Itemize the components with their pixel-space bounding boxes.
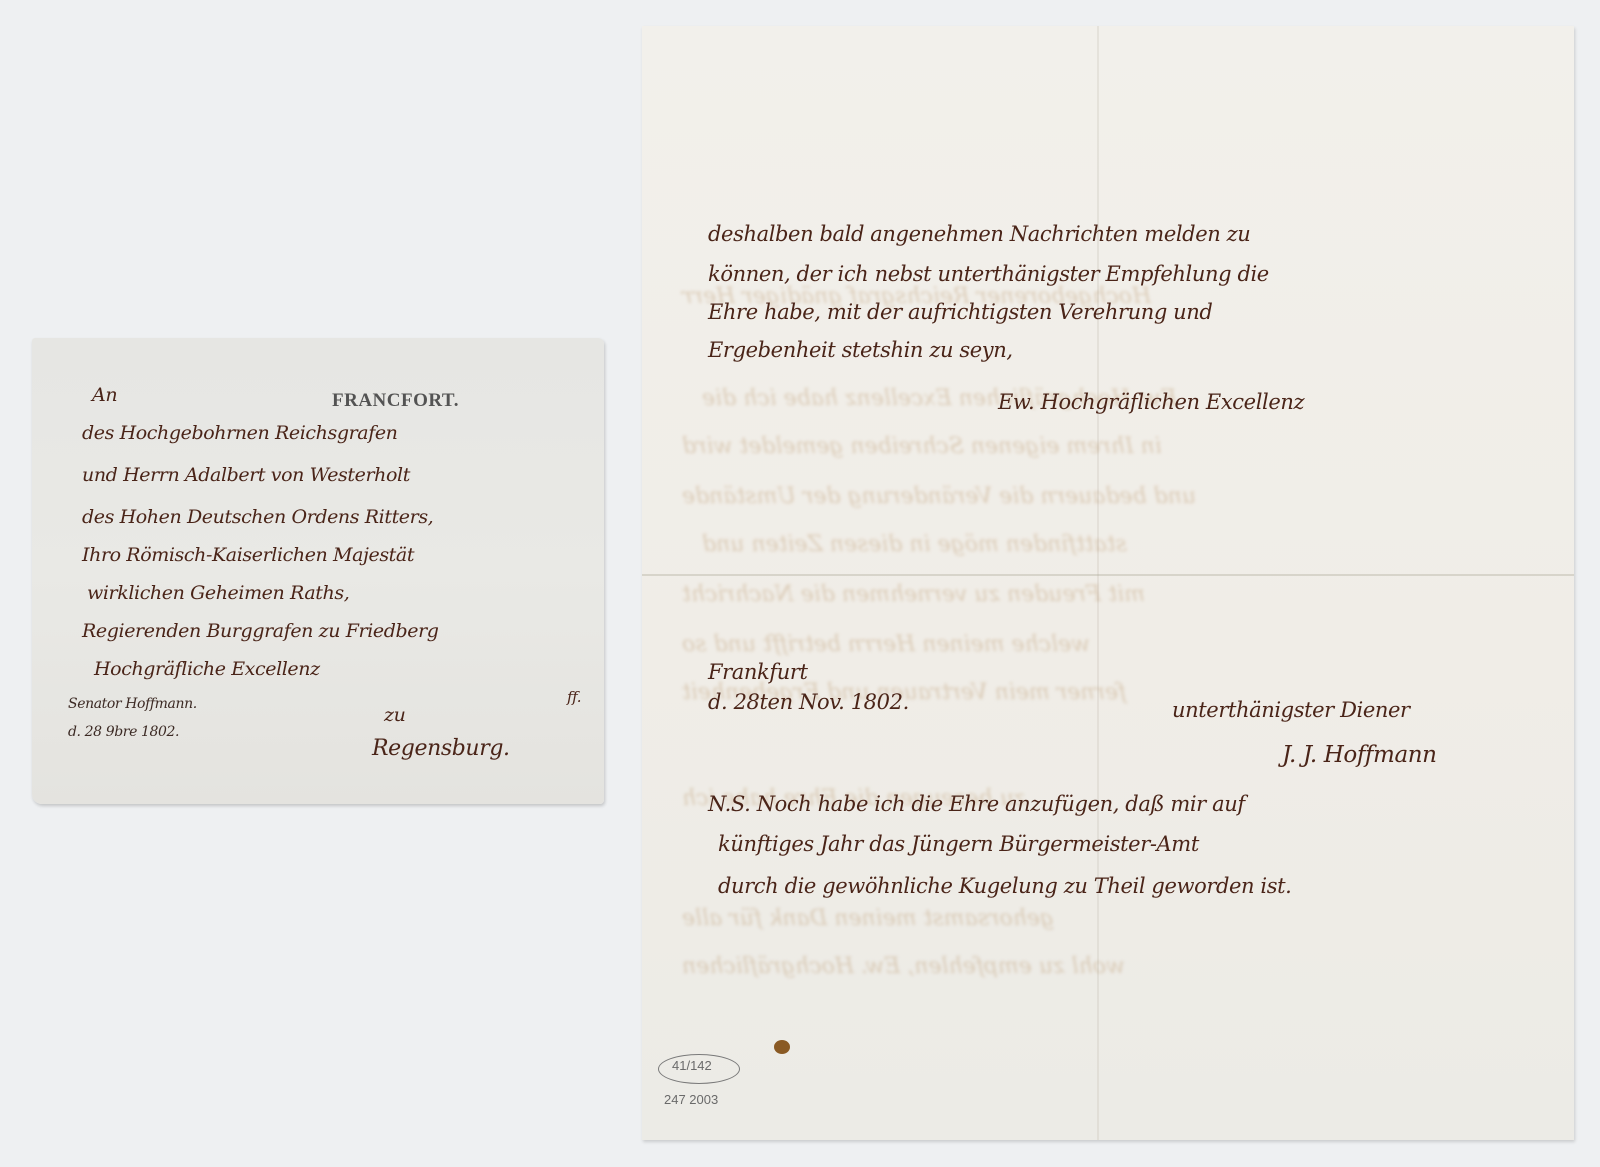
postscript-line: künftiges Jahr das Jüngern Bürgermeister…: [718, 832, 1199, 856]
address-line: des Hohen Deutschen Ordens Ritters,: [82, 506, 433, 528]
date-note: d. 28 9bre 1802.: [68, 724, 179, 740]
bleed-through-text: wohl zu empfehlen, Ew. Hochgräflichen: [682, 954, 1125, 979]
letter-line: Ehre habe, mit der aufrichtigsten Verehr…: [708, 300, 1212, 324]
envelope: FRANCFORT. An des Hochgebohrnen Reichsgr…: [32, 338, 604, 804]
fold-line-horizontal: [642, 574, 1574, 576]
postmark-stamp: FRANCFORT.: [332, 390, 459, 412]
letter-signature: J. J. Hoffmann: [1282, 742, 1437, 768]
bleed-through-text: und bedauern die Veränderung der Umständ…: [682, 484, 1196, 509]
bleed-through-text: stattfinden möge in diesen Zeiten und: [702, 532, 1127, 557]
bleed-through-text: mit Freuden zu vernehmen die Nachricht: [682, 582, 1145, 607]
address-line: und Herrn Adalbert von Westerholt: [82, 464, 410, 486]
letter-place: Frankfurt: [708, 660, 808, 684]
bleed-through-text: gehorsamst meinen Dank für alle: [682, 906, 1054, 931]
letter-valediction: unterthänigster Diener: [1172, 698, 1410, 722]
address-line: des Hochgebohrnen Reichsgrafen: [82, 422, 398, 444]
postscript-line: N.S. Noch habe ich die Ehre anzufügen, d…: [708, 792, 1245, 816]
letter-line: können, der ich nebst unterthänigster Em…: [708, 262, 1269, 286]
letter-sheet: Hochgeborener Reichsgraf gnädiger Herr E…: [642, 26, 1574, 1140]
letter-date: d. 28ten Nov. 1802.: [708, 690, 909, 714]
letter-line: deshalben bald angenehmen Nachrichten me…: [708, 222, 1250, 246]
letter-closing: Ew. Hochgräflichen Excellenz: [998, 390, 1304, 414]
catalog-number: 247 2003: [664, 1092, 718, 1107]
address-line: Ihro Römisch-Kaiserlichen Majestät: [82, 544, 414, 566]
ink-stain: [774, 1040, 790, 1054]
address-line: An: [92, 384, 117, 406]
address-line: wirklichen Geheimen Raths,: [87, 582, 349, 604]
postscript-line: durch die gewöhnliche Kugelung zu Theil …: [718, 874, 1291, 898]
address-line: Regierenden Burggrafen zu Friedberg: [82, 620, 439, 642]
address-line: Regensburg.: [372, 736, 510, 761]
bleed-through-text: in Ihrem eigenen Schreiben gemeldet wird: [682, 434, 1162, 459]
catalog-ring-label: 41/142: [672, 1058, 712, 1073]
sender-note: Senator Hoffmann.: [68, 696, 197, 712]
letter-line: Ergebenheit stetshin zu seyn,: [708, 338, 1013, 362]
bleed-through-text: welche meinen Herrn betrifft und so: [682, 632, 1090, 657]
address-line: zu: [384, 704, 405, 726]
etc-mark: ff.: [567, 688, 581, 706]
address-line: Hochgräfliche Excellenz: [94, 658, 320, 680]
